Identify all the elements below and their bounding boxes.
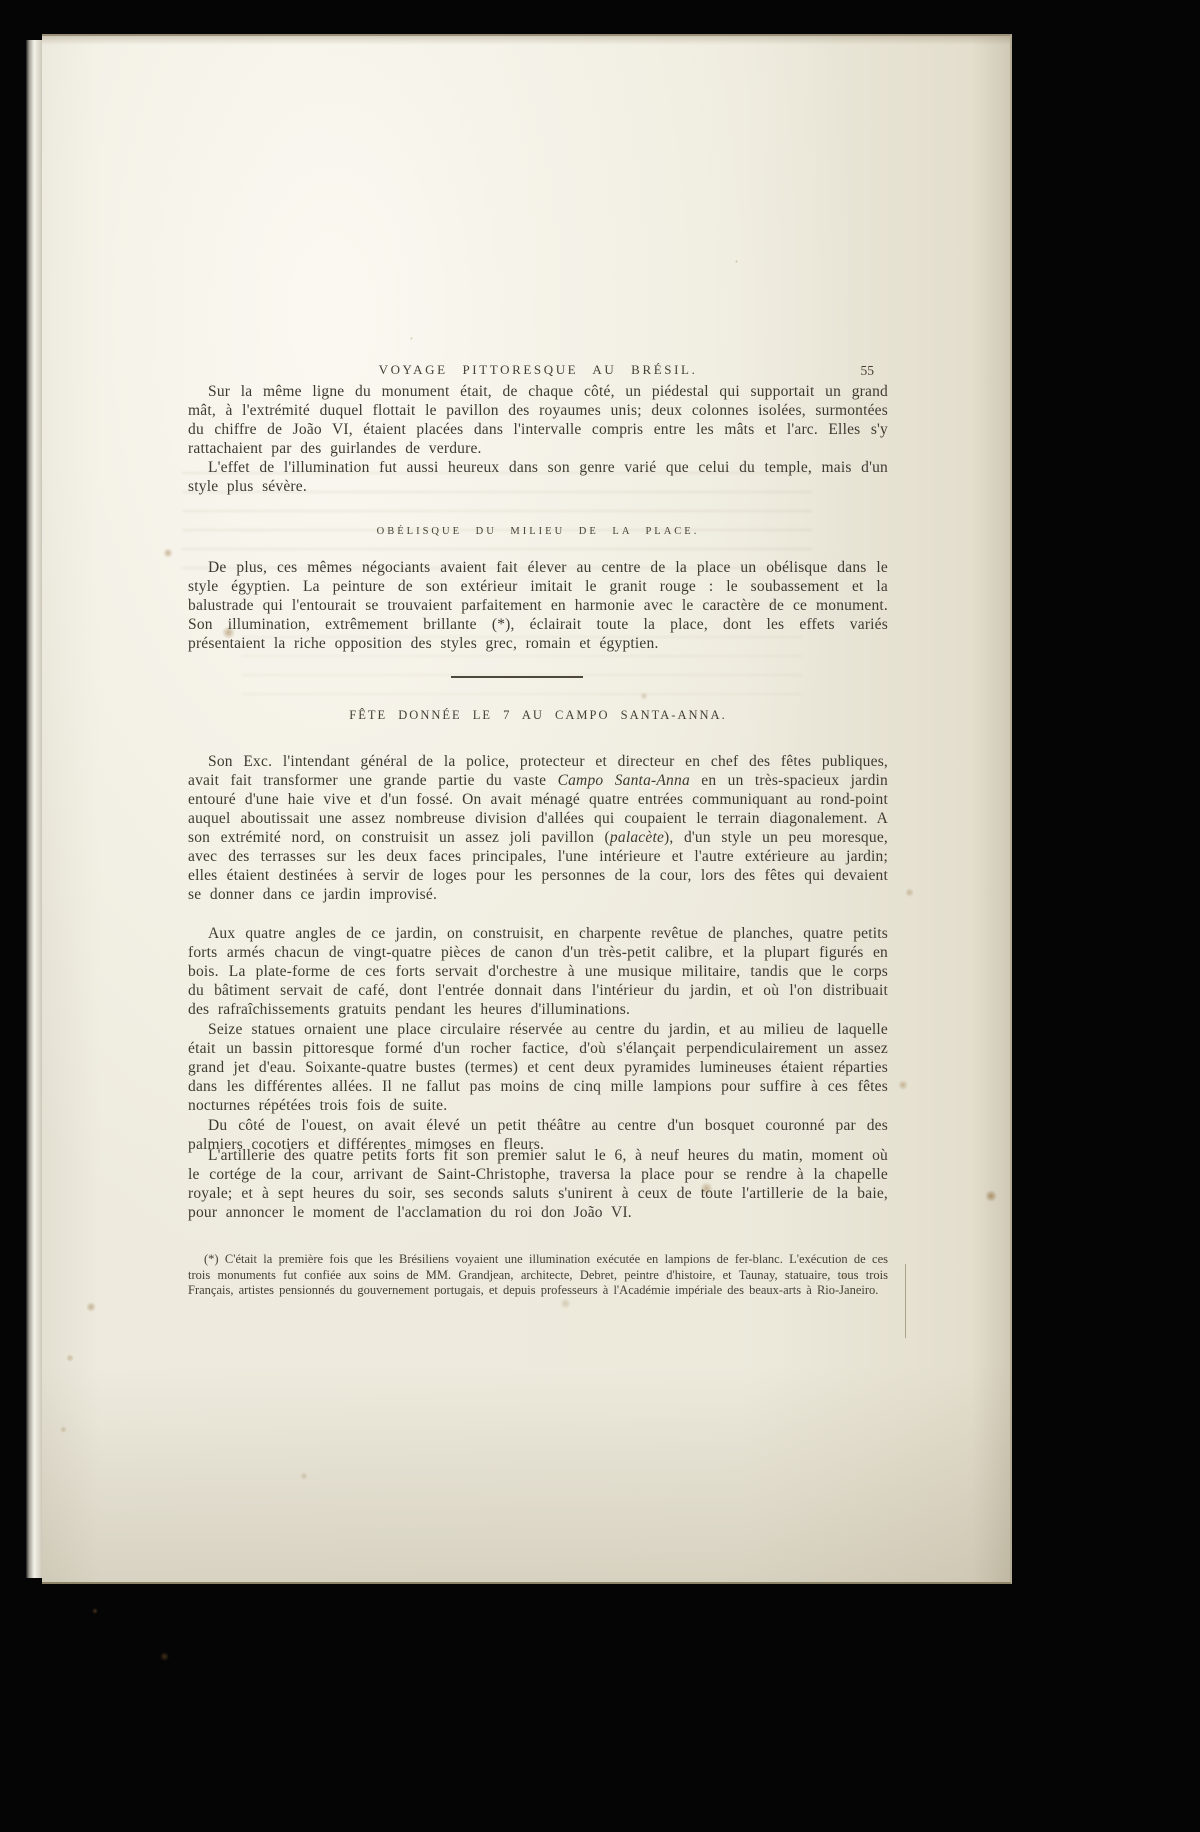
paragraph-monument-masts: Sur la même ligne du monument était, de … <box>188 382 888 458</box>
book-page-edges <box>26 40 43 1578</box>
foxing-stain <box>163 548 173 558</box>
foxing-stain <box>86 1302 96 1312</box>
text-run: palacète <box>610 829 664 846</box>
foxing-stain <box>735 260 738 263</box>
text-run: L'artillerie des quatre petits forts fit… <box>188 1147 888 1221</box>
foxing-stain <box>905 888 914 897</box>
footnote: (*) C'était la première fois que les Bré… <box>188 1252 888 1299</box>
paragraph-obelisque: De plus, ces mêmes négociants avaient fa… <box>188 558 888 653</box>
foxing-stain <box>60 1426 67 1433</box>
foxing-stain <box>160 1652 169 1661</box>
running-title: VOYAGE PITTORESQUE AU BRÉSIL. <box>188 362 888 378</box>
scanned-book-photo: VOYAGE PITTORESQUE AU BRÉSIL. 55 Sur la … <box>0 0 1200 1832</box>
section-heading-obelisque: OBÉLISQUE DU MILIEU DE LA PLACE. <box>188 526 888 537</box>
section-divider <box>188 676 888 678</box>
text-run: Campo Santa-Anna <box>558 772 690 789</box>
text-run: Seize statues ornaient une place circula… <box>188 1021 888 1114</box>
foxing-stain <box>66 1354 74 1362</box>
text-run: L'effet de l'illumination fut aussi heur… <box>188 459 888 495</box>
page-number: 55 <box>861 363 875 379</box>
page-header: VOYAGE PITTORESQUE AU BRÉSIL. 55 <box>188 362 888 382</box>
foxing-stain <box>300 1472 308 1480</box>
foxing-stain <box>560 1298 571 1309</box>
paragraph-illumination-effect: L'effet de l'illumination fut aussi heur… <box>188 458 888 496</box>
text-run: De plus, ces mêmes négociants avaient fa… <box>188 559 888 652</box>
text-run: Sur la même ligne du monument était, de … <box>188 383 888 457</box>
foxing-stain <box>640 692 648 700</box>
text-run: Aux quatre angles de ce jardin, on const… <box>188 925 888 1018</box>
book-page: VOYAGE PITTORESQUE AU BRÉSIL. 55 Sur la … <box>42 34 1012 1584</box>
paragraph-quatre-forts: Aux quatre angles de ce jardin, on const… <box>188 924 888 1019</box>
foxing-stain <box>92 1608 98 1614</box>
paragraph-seize-statues: Seize statues ornaient une place circula… <box>188 1020 888 1115</box>
paragraph-campo-santa-anna: Son Exc. l'intendant général de la polic… <box>188 752 888 904</box>
printing-artifact-line <box>905 1264 906 1338</box>
foxing-stain <box>410 337 413 340</box>
foxing-stain <box>898 1080 908 1090</box>
text-run: (*) C'était la première fois que les Bré… <box>188 1252 888 1297</box>
section-heading-fete: FÊTE DONNÉE LE 7 AU CAMPO SANTA-ANNA. <box>188 708 888 723</box>
foxing-stain <box>985 1190 997 1202</box>
paragraph-artillerie-salut: L'artillerie des quatre petits forts fit… <box>188 1146 888 1222</box>
